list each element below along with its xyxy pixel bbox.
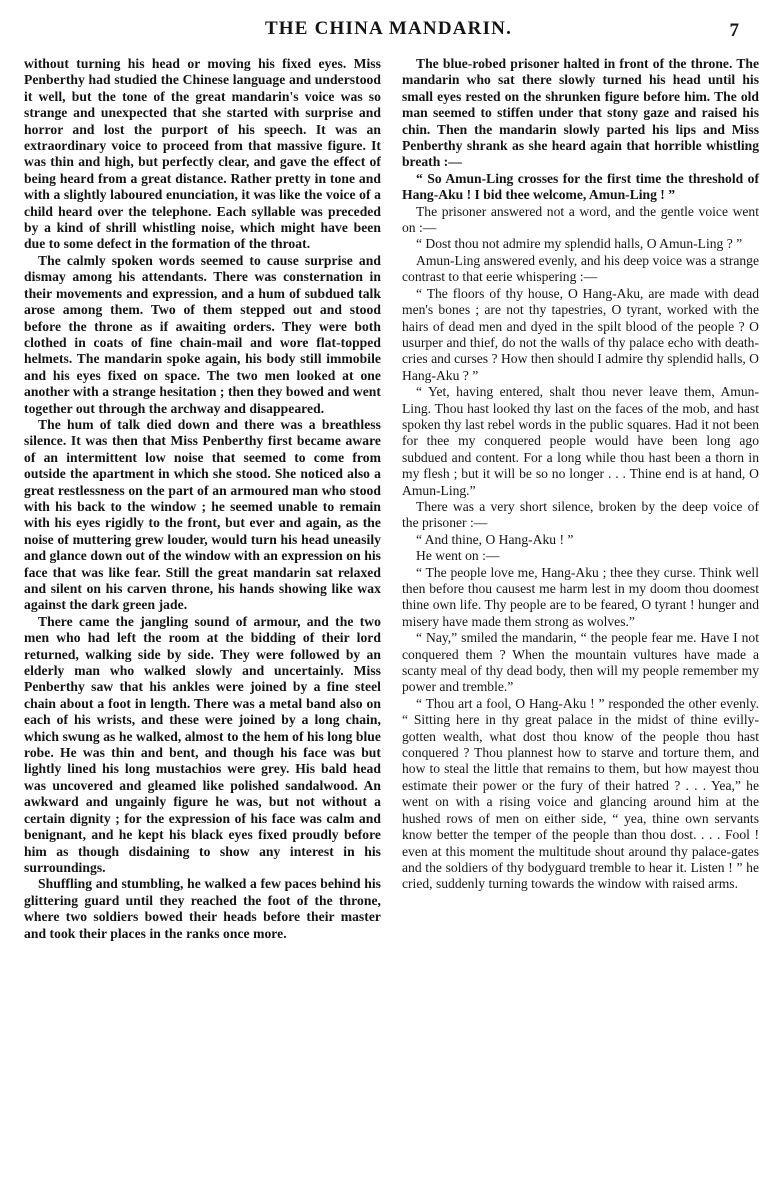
paragraph: He went on :— (402, 548, 759, 564)
paragraph: Shuffling and stumbling, he walked a few… (24, 876, 381, 942)
paragraph: The hum of talk died down and there was … (24, 417, 381, 614)
right-column: The blue-robed prisoner halted in front … (402, 56, 759, 893)
page-header: THE CHINA MANDARIN. 7 (0, 18, 777, 44)
paragraph: The calmly spoken words seemed to cause … (24, 253, 381, 417)
paragraph: The blue-robed prisoner halted in front … (402, 56, 759, 171)
paragraph: There was a very short silence, broken b… (402, 499, 759, 532)
page-number: 7 (730, 20, 740, 42)
paragraph: “ So Amun-Ling crosses for the first tim… (402, 171, 759, 204)
paragraph: The prisoner answered not a word, and th… (402, 204, 759, 237)
paragraph: “ Dost thou not admire my splendid halls… (402, 236, 759, 252)
paragraph: without turning his head or moving his f… (24, 56, 381, 253)
paragraph: “ The floors of thy house, O Hang-Aku, a… (402, 286, 759, 384)
paragraph: “ And thine, O Hang-Aku ! ” (402, 532, 759, 548)
paragraph: “ Thou art a fool, O Hang-Aku ! ” respon… (402, 696, 759, 893)
paragraph: “ Yet, having entered, shalt thou never … (402, 384, 759, 499)
running-title: THE CHINA MANDARIN. (0, 18, 777, 40)
paragraph: “ The people love me, Hang-Aku ; thee th… (402, 565, 759, 631)
left-column: without turning his head or moving his f… (24, 56, 381, 942)
paragraph: There came the jangling sound of armour,… (24, 614, 381, 877)
paragraph: “ Nay,” smiled the mandarin, “ the peopl… (402, 630, 759, 696)
paragraph: Amun-Ling answered evenly, and his deep … (402, 253, 759, 286)
